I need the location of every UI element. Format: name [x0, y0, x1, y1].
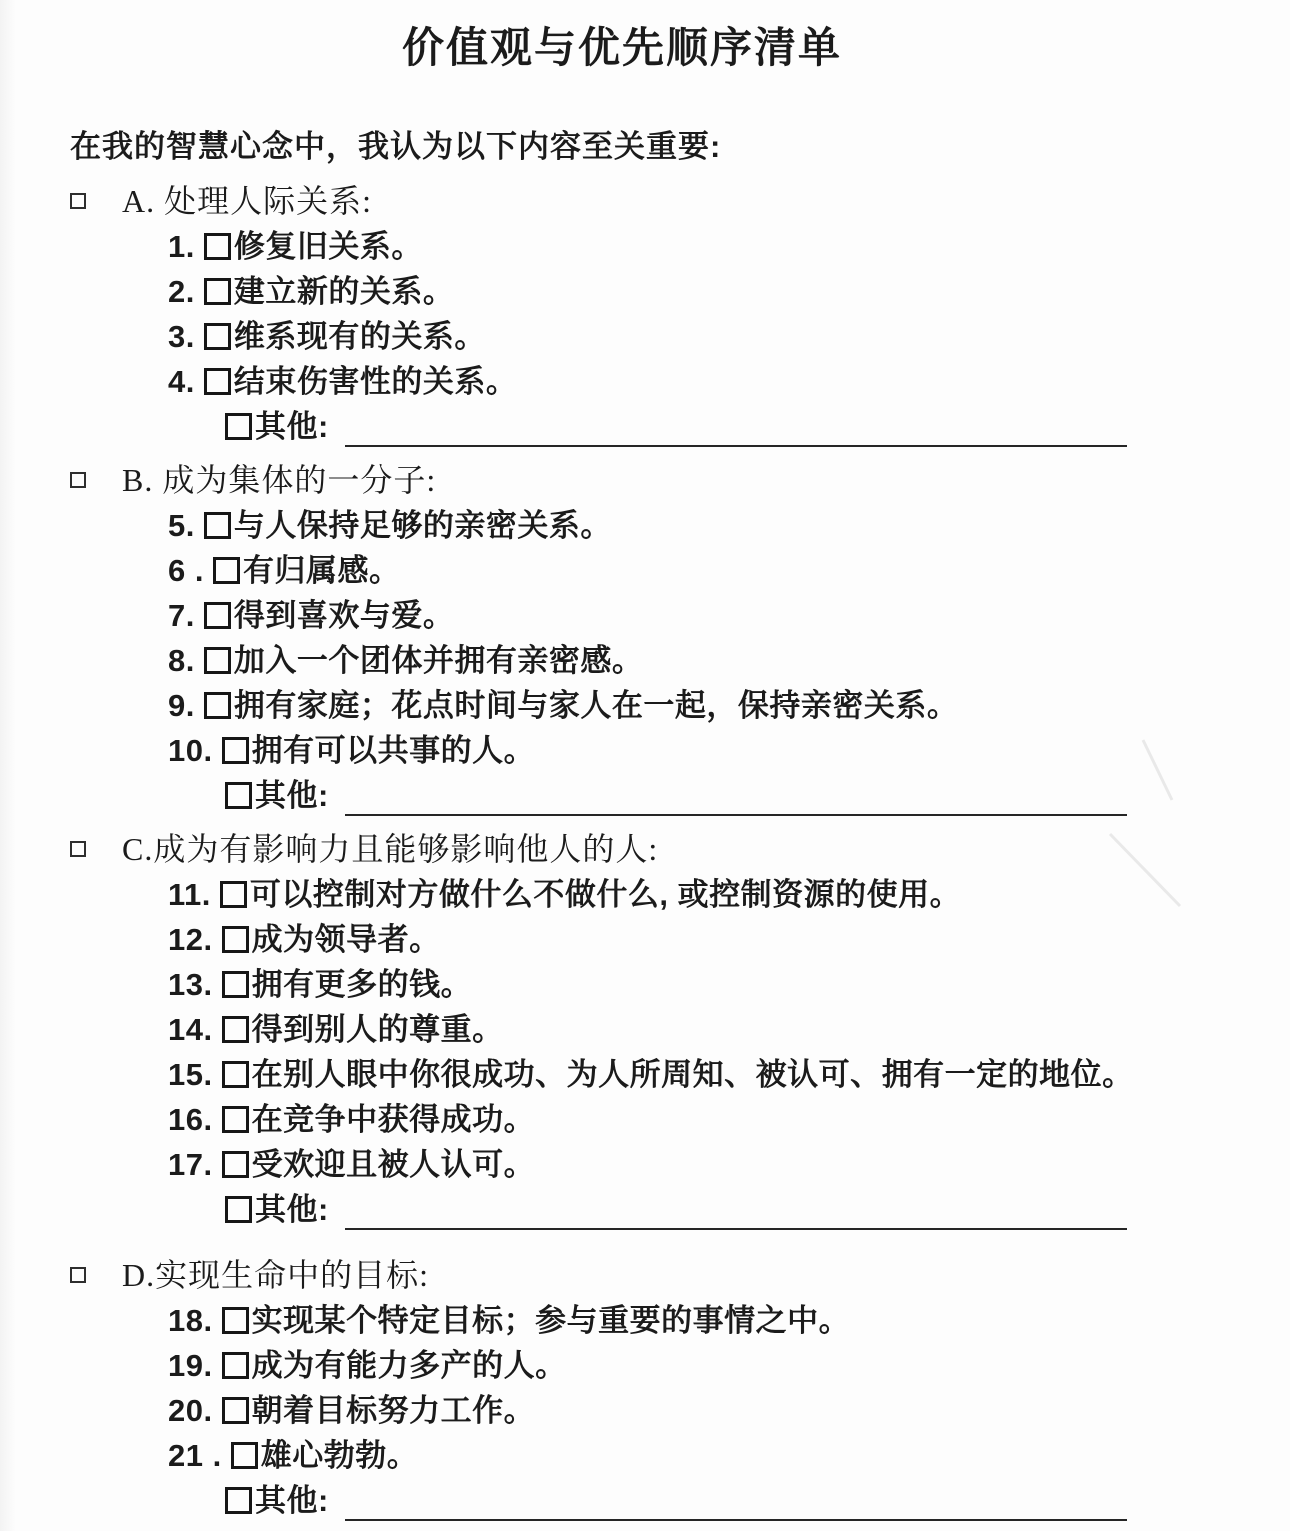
- checklist-item: 3.维系现有的关系。: [0, 314, 1290, 359]
- section-heading: D.实现生命中的目标:: [122, 1257, 429, 1293]
- item-label: 成为有能力多产的人。: [252, 1348, 567, 1383]
- item-number: 9.: [168, 688, 195, 723]
- other-blank-field[interactable]: [345, 1485, 1127, 1521]
- item-label: 加入一个团体并拥有亲密感。: [234, 643, 644, 678]
- item-number: 4.: [168, 364, 195, 399]
- item-checkbox[interactable]: [222, 1397, 249, 1424]
- item-checkbox[interactable]: [222, 1016, 249, 1043]
- section: C.成为有影响力且能够影响他人的人:11.可以控制对方做什么不做什么, 或控制资…: [0, 826, 1290, 1232]
- item-checkbox[interactable]: [222, 1307, 249, 1334]
- checklist-item: 18.实现某个特定目标；参与重要的事情之中。: [0, 1298, 1290, 1343]
- checklist-item: 16.在竞争中获得成功。: [0, 1097, 1290, 1142]
- other-row: 其他:: [0, 1478, 1290, 1523]
- item-checkbox[interactable]: [222, 1061, 249, 1088]
- checklist-item: 6 .有归属感。: [0, 548, 1290, 593]
- item-number: 5.: [168, 508, 195, 543]
- item-label: 成为领导者。: [252, 922, 441, 957]
- item-checkbox[interactable]: [204, 512, 231, 539]
- item-label: 与人保持足够的亲密关系。: [234, 508, 612, 543]
- item-label: 拥有家庭；花点时间与家人在一起，保持亲密关系。: [234, 688, 959, 723]
- item-label: 有归属感。: [243, 553, 401, 588]
- item-label: 拥有更多的钱。: [252, 967, 473, 1002]
- item-number: 15.: [168, 1057, 213, 1092]
- item-label: 维系现有的关系。: [234, 319, 486, 354]
- item-checkbox[interactable]: [231, 1442, 258, 1469]
- section-heading-row: A. 处理人际关系:: [0, 178, 1290, 224]
- other-label: 其他:: [255, 1192, 329, 1227]
- item-number: 13.: [168, 967, 213, 1002]
- other-blank-field[interactable]: [345, 1194, 1127, 1230]
- other-row: 其他:: [0, 404, 1290, 449]
- item-number: 2.: [168, 274, 195, 309]
- other-checkbox[interactable]: [225, 782, 252, 809]
- item-label: 可以控制对方做什么不做什么, 或控制资源的使用。: [250, 877, 961, 912]
- item-number: 12.: [168, 922, 213, 957]
- section-checkbox[interactable]: [70, 472, 86, 488]
- item-label: 雄心勃勃。: [261, 1438, 419, 1473]
- item-number: 17.: [168, 1147, 213, 1182]
- checklist-item: 7.得到喜欢与爱。: [0, 593, 1290, 638]
- item-label: 朝着目标努力工作。: [252, 1393, 536, 1428]
- checklist-item: 11.可以控制对方做什么不做什么, 或控制资源的使用。: [0, 872, 1290, 917]
- item-checkbox[interactable]: [222, 737, 249, 764]
- section-heading-row: B. 成为集体的一分子:: [0, 457, 1290, 503]
- item-number: 20.: [168, 1393, 213, 1428]
- section-checkbox[interactable]: [70, 193, 86, 209]
- section-heading: C.成为有影响力且能够影响他人的人:: [122, 831, 658, 867]
- checklist-item: 13.拥有更多的钱。: [0, 962, 1290, 1007]
- section: B. 成为集体的一分子:5.与人保持足够的亲密关系。6 .有归属感。7.得到喜欢…: [0, 457, 1290, 818]
- item-label: 得到别人的尊重。: [252, 1012, 504, 1047]
- section: A. 处理人际关系:1.修复旧关系。2.建立新的关系。3.维系现有的关系。4.结…: [0, 178, 1290, 449]
- checklist-item: 21 .雄心勃勃。: [0, 1433, 1290, 1478]
- page-title: 价值观与优先顺序清单: [0, 0, 1290, 76]
- checklist-item: 14.得到别人的尊重。: [0, 1007, 1290, 1052]
- other-checkbox[interactable]: [225, 1196, 252, 1223]
- item-number: 11.: [168, 877, 211, 912]
- other-row: 其他:: [0, 1187, 1290, 1232]
- item-checkbox[interactable]: [204, 278, 231, 305]
- intro-text: 在我的智慧心念中，我认为以下内容至关重要:: [0, 124, 1290, 170]
- checklist-item: 12.成为领导者。: [0, 917, 1290, 962]
- checklist-item: 19.成为有能力多产的人。: [0, 1343, 1290, 1388]
- item-number: 6 .: [168, 553, 204, 588]
- other-row: 其他:: [0, 773, 1290, 818]
- item-checkbox[interactable]: [222, 1352, 249, 1379]
- item-checkbox[interactable]: [222, 926, 249, 953]
- checklist-item: 5.与人保持足够的亲密关系。: [0, 503, 1290, 548]
- item-number: 3.: [168, 319, 195, 354]
- item-label: 结束伤害性的关系。: [234, 364, 518, 399]
- section: D.实现生命中的目标:18.实现某个特定目标；参与重要的事情之中。19.成为有能…: [0, 1252, 1290, 1523]
- checklist-item: 1.修复旧关系。: [0, 224, 1290, 269]
- item-checkbox[interactable]: [204, 647, 231, 674]
- item-label: 受欢迎且被人认可。: [252, 1147, 536, 1182]
- other-label: 其他:: [255, 1483, 329, 1518]
- item-label: 在竞争中获得成功。: [252, 1102, 536, 1137]
- item-checkbox[interactable]: [222, 971, 249, 998]
- other-checkbox[interactable]: [225, 1487, 252, 1514]
- item-number: 19.: [168, 1348, 213, 1383]
- item-number: 8.: [168, 643, 195, 678]
- checklist-item: 2.建立新的关系。: [0, 269, 1290, 314]
- item-label: 修复旧关系。: [234, 229, 423, 264]
- item-number: 7.: [168, 598, 195, 633]
- item-checkbox[interactable]: [222, 1106, 249, 1133]
- item-checkbox[interactable]: [204, 323, 231, 350]
- item-number: 16.: [168, 1102, 213, 1137]
- item-label: 得到喜欢与爱。: [234, 598, 455, 633]
- checklist-item: 10.拥有可以共事的人。: [0, 728, 1290, 773]
- other-blank-field[interactable]: [345, 780, 1127, 816]
- sections: A. 处理人际关系:1.修复旧关系。2.建立新的关系。3.维系现有的关系。4.结…: [0, 178, 1290, 1523]
- item-checkbox[interactable]: [220, 881, 247, 908]
- other-blank-field[interactable]: [345, 411, 1127, 447]
- checklist-item: 20.朝着目标努力工作。: [0, 1388, 1290, 1433]
- item-checkbox[interactable]: [204, 233, 231, 260]
- other-label: 其他:: [255, 409, 329, 444]
- section-heading: A. 处理人际关系:: [122, 183, 372, 219]
- section-heading-row: D.实现生命中的目标:: [0, 1252, 1290, 1298]
- item-number: 10.: [168, 733, 213, 768]
- item-label: 实现某个特定目标；参与重要的事情之中。: [252, 1303, 851, 1338]
- item-checkbox[interactable]: [222, 1151, 249, 1178]
- section-heading: B. 成为集体的一分子:: [122, 462, 436, 498]
- item-number: 14.: [168, 1012, 213, 1047]
- checklist-item: 17.受欢迎且被人认可。: [0, 1142, 1290, 1187]
- item-label: 建立新的关系。: [234, 274, 455, 309]
- item-label: 在别人眼中你很成功、为人所周知、被认可、拥有一定的地位。: [252, 1057, 1134, 1092]
- item-checkbox[interactable]: [204, 602, 231, 629]
- item-number: 1.: [168, 229, 195, 264]
- item-label: 拥有可以共事的人。: [252, 733, 536, 768]
- section-heading-row: C.成为有影响力且能够影响他人的人:: [0, 826, 1290, 872]
- item-number: 21 .: [168, 1438, 222, 1473]
- checklist-item: 8.加入一个团体并拥有亲密感。: [0, 638, 1290, 683]
- other-checkbox[interactable]: [225, 413, 252, 440]
- section-checkbox[interactable]: [70, 1267, 86, 1283]
- document-page: 价值观与优先顺序清单 在我的智慧心念中，我认为以下内容至关重要: A. 处理人际…: [0, 0, 1290, 1531]
- checklist-item: 9.拥有家庭；花点时间与家人在一起，保持亲密关系。: [0, 683, 1290, 728]
- item-checkbox[interactable]: [204, 368, 231, 395]
- item-checkbox[interactable]: [204, 692, 231, 719]
- item-checkbox[interactable]: [213, 557, 240, 584]
- checklist-item: 4.结束伤害性的关系。: [0, 359, 1290, 404]
- checklist-item: 15.在别人眼中你很成功、为人所周知、被认可、拥有一定的地位。: [0, 1052, 1290, 1097]
- other-label: 其他:: [255, 778, 329, 813]
- section-checkbox[interactable]: [70, 841, 86, 857]
- item-number: 18.: [168, 1303, 213, 1338]
